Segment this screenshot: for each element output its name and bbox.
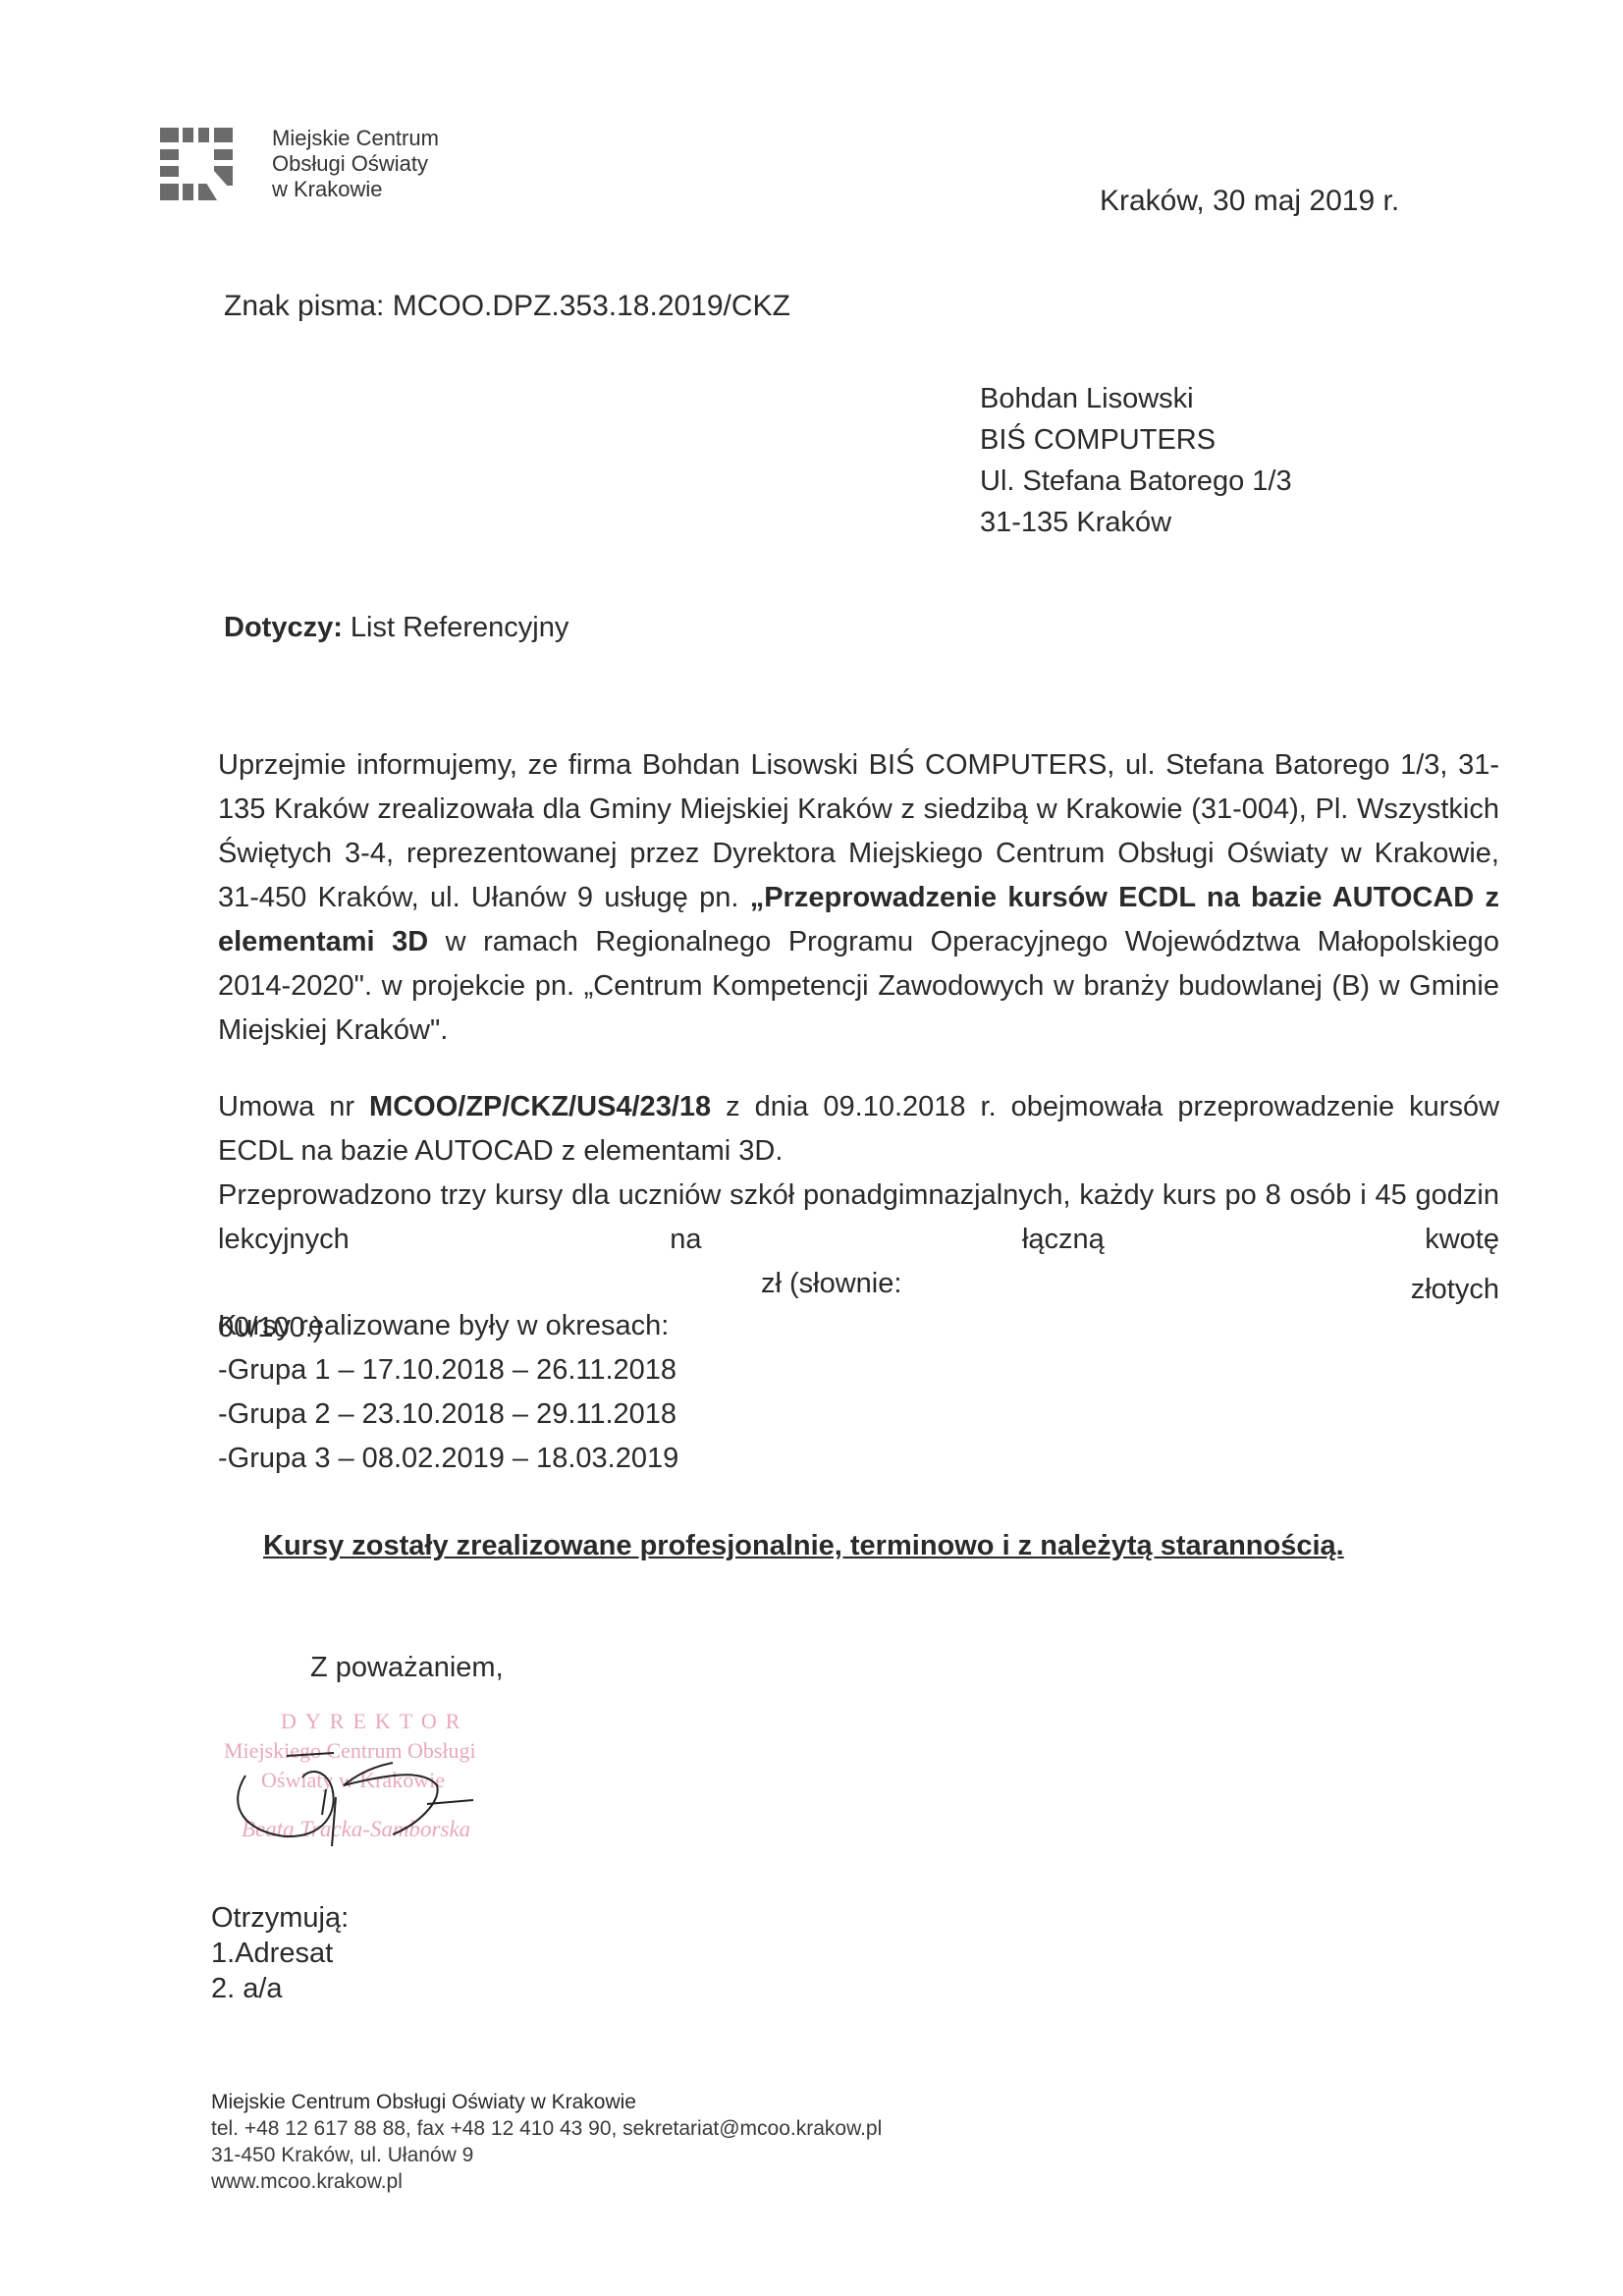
recipient-name: Bohdan Lisowski [980, 378, 1292, 419]
mcoo-logo-icon [160, 128, 241, 204]
recipient-street: Ul. Stefana Batorego 1/3 [980, 461, 1292, 502]
recipients-label: Otrzymują: [211, 1900, 349, 1936]
amount-words-unit: złotych [1411, 1268, 1499, 1312]
footer-org: Miejskie Centrum Obsługi Oświaty w Krako… [211, 2089, 882, 2115]
body-text: Umowa nr [218, 1091, 369, 1122]
org-name-line: Obsługi Oświaty [272, 151, 439, 177]
org-name-line: w Krakowie [272, 177, 439, 202]
amount-unit: zł (słownie: [761, 1262, 901, 1306]
footer: Miejskie Centrum Obsługi Oświaty w Krako… [211, 2089, 882, 2195]
subject-label: Dotyczy: [224, 612, 343, 643]
conclusion-statement: Kursy zostały zrealizowane profesjonalni… [263, 1530, 1344, 1562]
footer-address: 31-450 Kraków, ul. Ułanów 9 [211, 2142, 882, 2168]
courses-summary: Przeprowadzono trzy kursy dla uczniów sz… [218, 1174, 1499, 1262]
recipient-item: 1.Adresat [211, 1936, 349, 1971]
period-item: -Grupa 1 – 17.10.2018 – 26.11.2018 [218, 1348, 678, 1393]
period-item: -Grupa 2 – 23.10.2018 – 29.11.2018 [218, 1393, 678, 1437]
recipient-city: 31-135 Kraków [980, 502, 1292, 543]
reference-value: MCOO.DPZ.353.18.2019/CKZ [393, 290, 790, 322]
org-name-line: Miejskie Centrum [272, 126, 439, 151]
reference-number: Znak pisma: MCOO.DPZ.353.18.2019/CKZ [224, 290, 790, 323]
director-stamp: DYREKTOR Miejskiego Centrum Obsługi Oświ… [216, 1699, 569, 1871]
copy-recipients: Otrzymują: 1.Adresat 2. a/a [211, 1900, 349, 2006]
contract-number: MCOO/ZP/CKZ/US4/23/18 [369, 1091, 711, 1122]
signature-icon [216, 1699, 569, 1871]
closing-salutation: Z poważaniem, [310, 1652, 504, 1684]
subject-line: Dotyczy: List Referencyjny [224, 612, 568, 644]
recipient-company: BIŚ COMPUTERS [980, 419, 1292, 461]
recipient-item: 2. a/a [211, 1971, 349, 2006]
course-periods: Kursy realizowane były w okresach: -Grup… [218, 1304, 678, 1481]
period-item: -Grupa 3 – 08.02.2019 – 18.03.2019 [218, 1437, 678, 1481]
recipient-address: Bohdan Lisowski BIŚ COMPUTERS Ul. Stefan… [980, 378, 1292, 543]
reference-label: Znak pisma: [224, 290, 384, 322]
footer-contact: tel. +48 12 617 88 88, fax +48 12 410 43… [211, 2115, 882, 2142]
footer-website: www.mcoo.krakow.pl [211, 2168, 882, 2195]
place-date: Kraków, 30 maj 2019 r. [1100, 185, 1399, 218]
body-paragraph-1: Uprzejmie informujemy, ze firma Bohdan L… [218, 743, 1499, 1053]
organization-name: Miejskie Centrum Obsługi Oświaty w Krako… [272, 126, 439, 202]
subject-value: List Referencyjny [351, 612, 568, 643]
periods-intro: Kursy realizowane były w okresach: [218, 1304, 678, 1348]
